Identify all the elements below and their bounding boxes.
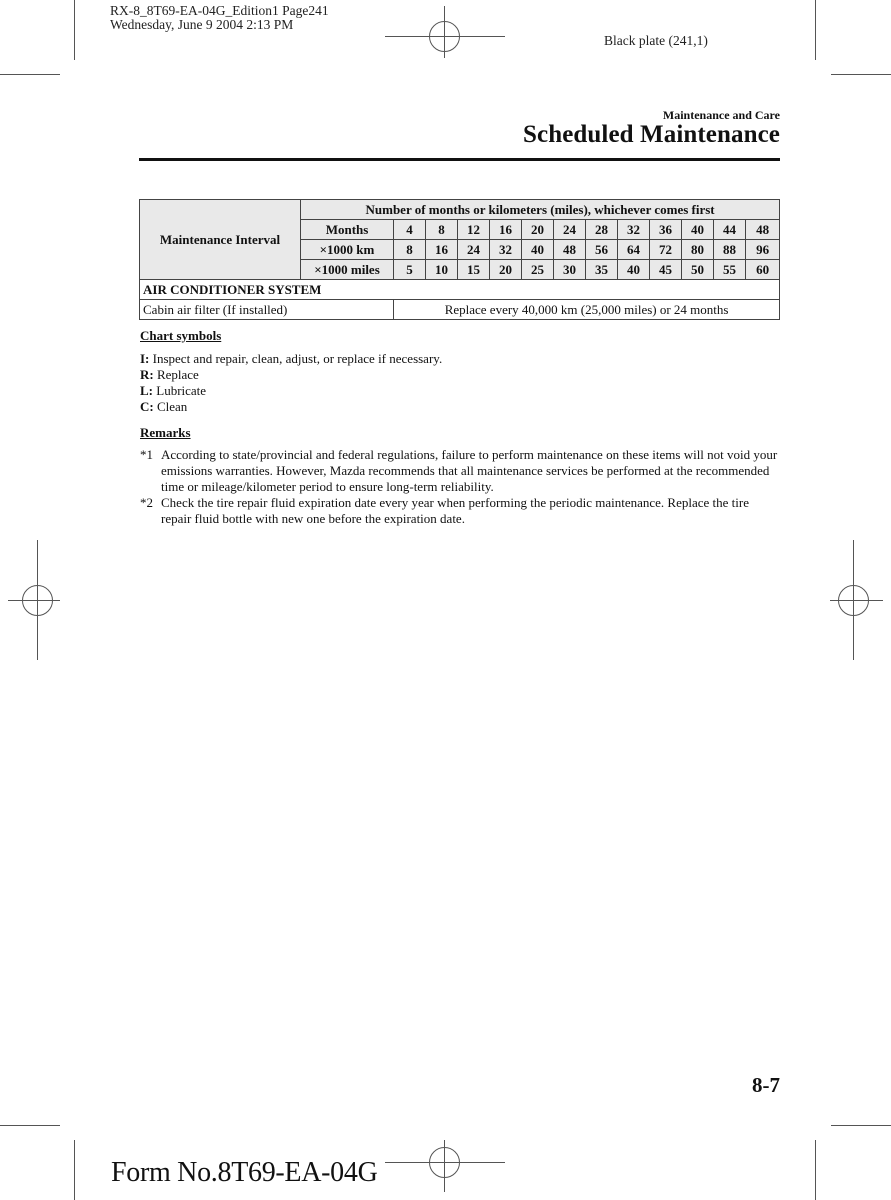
symbol-key: R: [140, 367, 154, 382]
remarks-list: *1According to state/provincial and fede… [140, 447, 780, 527]
system-header-row: AIR CONDITIONER SYSTEM [140, 280, 780, 300]
system-header-cell: AIR CONDITIONER SYSTEM [140, 280, 780, 300]
chart-symbols-list: I: Inspect and repair, clean, adjust, or… [140, 351, 442, 415]
remark-text: According to state/provincial and federa… [161, 447, 780, 495]
chart-symbol-item: L: Lubricate [140, 383, 442, 399]
interval-value: 20 [490, 260, 522, 280]
interval-value: 30 [554, 260, 586, 280]
crop-marks [0, 0, 891, 1200]
interval-value: 12 [458, 220, 490, 240]
title-rule [139, 158, 780, 161]
print-date-line: Wednesday, June 9 2004 2:13 PM [110, 18, 329, 32]
symbol-key: I: [140, 351, 149, 366]
interval-value: 60 [746, 260, 780, 280]
maintenance-table: Maintenance Interval Number of months or… [139, 199, 780, 320]
remark-text: Check the tire repair fluid expiration d… [161, 495, 780, 527]
interval-value: 24 [458, 240, 490, 260]
interval-value: 56 [586, 240, 618, 260]
interval-value: 32 [618, 220, 650, 240]
interval-value: 24 [554, 220, 586, 240]
maintenance-item-row: Cabin air filter (If installed)Replace e… [140, 300, 780, 320]
interval-value: 8 [426, 220, 458, 240]
chart-symbol-item: C: Clean [140, 399, 442, 415]
interval-row-label: ×1000 km [301, 240, 394, 260]
interval-value: 40 [682, 220, 714, 240]
remark-item: *2Check the tire repair fluid expiration… [140, 495, 780, 527]
item-schedule: Replace every 40,000 km (25,000 miles) o… [394, 300, 780, 320]
interval-value: 10 [426, 260, 458, 280]
interval-value: 44 [714, 220, 746, 240]
interval-value: 36 [650, 220, 682, 240]
interval-value: 32 [490, 240, 522, 260]
page-title: Scheduled Maintenance [523, 121, 780, 149]
remark-item: *1According to state/provincial and fede… [140, 447, 780, 495]
interval-value: 16 [490, 220, 522, 240]
interval-label-cell: Maintenance Interval [140, 200, 301, 280]
interval-value: 72 [650, 240, 682, 260]
interval-value: 45 [650, 260, 682, 280]
symbol-key: C: [140, 399, 154, 414]
form-number: Form No.8T69-EA-04G [111, 1157, 378, 1189]
interval-value: 25 [522, 260, 554, 280]
interval-value: 20 [522, 220, 554, 240]
interval-value: 15 [458, 260, 490, 280]
interval-value: 96 [746, 240, 780, 260]
interval-value: 48 [746, 220, 780, 240]
interval-value: 55 [714, 260, 746, 280]
remark-marker: *1 [140, 447, 161, 495]
interval-row-label: ×1000 miles [301, 260, 394, 280]
interval-value: 16 [426, 240, 458, 260]
symbol-meaning: Lubricate [153, 383, 206, 398]
interval-value: 8 [394, 240, 426, 260]
interval-value: 40 [522, 240, 554, 260]
interval-row-label: Months [301, 220, 394, 240]
symbol-meaning: Replace [154, 367, 199, 382]
table-header-row: Maintenance Interval Number of months or… [140, 200, 780, 220]
interval-value: 64 [618, 240, 650, 260]
chart-symbol-item: I: Inspect and repair, clean, adjust, or… [140, 351, 442, 367]
interval-value: 4 [394, 220, 426, 240]
print-file-line: RX-8_8T69-EA-04G_Edition1 Page241 [110, 4, 329, 18]
symbol-meaning: Inspect and repair, clean, adjust, or re… [149, 351, 442, 366]
interval-value: 5 [394, 260, 426, 280]
interval-value: 50 [682, 260, 714, 280]
page-number: 8-7 [752, 1073, 780, 1098]
symbol-key: L: [140, 383, 153, 398]
interval-value: 48 [554, 240, 586, 260]
print-header: RX-8_8T69-EA-04G_Edition1 Page241 Wednes… [110, 4, 329, 32]
remarks-heading: Remarks [140, 425, 191, 441]
span-header-cell: Number of months or kilometers (miles), … [301, 200, 780, 220]
interval-value: 40 [618, 260, 650, 280]
plate-label: Black plate (241,1) [604, 33, 708, 49]
chart-symbols-heading: Chart symbols [140, 328, 221, 344]
interval-value: 80 [682, 240, 714, 260]
interval-value: 28 [586, 220, 618, 240]
chart-symbol-item: R: Replace [140, 367, 442, 383]
item-name: Cabin air filter (If installed) [140, 300, 394, 320]
remark-marker: *2 [140, 495, 161, 527]
symbol-meaning: Clean [154, 399, 188, 414]
interval-value: 88 [714, 240, 746, 260]
interval-value: 35 [586, 260, 618, 280]
